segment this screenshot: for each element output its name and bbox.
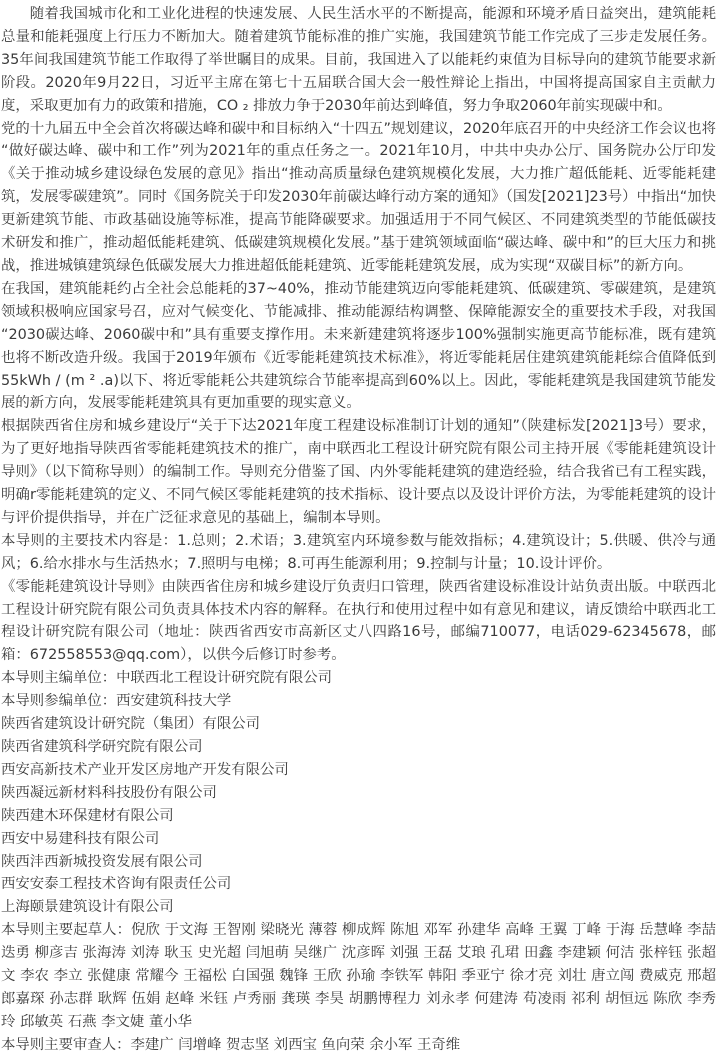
- para-chief-editing-unit: 本导则主编单位：中联西北工程设计研究院有限公司: [1, 667, 716, 690]
- document-page: 随着我国城市化和工业化进程的快速发展、人民生活水平的不断提高，能源和环境矛盾日益…: [0, 0, 718, 1056]
- para-participating-unit: 陕西建木环保建材有限公司: [1, 805, 716, 828]
- para-participating-units-header: 本导则参编单位：西安建筑科技大学: [1, 690, 716, 713]
- para-participating-unit: 西安高新技术产业开发区房地产开发有限公司: [1, 759, 716, 782]
- para-participating-unit: 陕西省建筑设计研究院（集团）有限公司: [1, 713, 716, 736]
- para-guideline-background: 根据陕西省住房和城乡建设厅“关于下达2021年度工程建设标准制订计划的通知”（陕…: [1, 415, 716, 530]
- para-participating-unit: 陕西沣西新城投资发展有限公司: [1, 851, 716, 874]
- para-participating-unit: 陕西凝远新材料科技股份有限公司: [1, 782, 716, 805]
- para-management-contact: 《零能耗建筑设计导则》由陕西省住房和城乡建设厅负责归口管理，陕西省建设标准设计站…: [1, 576, 716, 668]
- para-participating-unit: 陕西省建筑科学研究院有限公司: [1, 736, 716, 759]
- para-carbon-policy: 党的十九届五中全会首次将碳达峰和碳中和目标纳入“十四五”规划建议，2020年底召…: [1, 118, 716, 278]
- para-participating-unit: 西安中易建科技有限公司: [1, 828, 716, 851]
- para-participating-unit: 西安安泰工程技术咨询有限责任公司: [1, 873, 716, 896]
- para-reviewers: 本导则主要审查人：李建广 闫增峰 贺志坚 刘西宝 鱼向荣 余小军 王奇维: [1, 1034, 716, 1056]
- para-participating-unit: 上海颐景建筑设计有限公司: [1, 896, 716, 919]
- para-technical-contents: 本导则的主要技术内容是：1.总则；2.术语；3.建筑室内环境参数与能效指标；4.…: [1, 530, 716, 576]
- para-drafters: 本导则主要起草人：倪欣 于文海 王智刚 梁晓光 薄蓉 柳成辉 陈旭 邓军 孙建华…: [1, 919, 716, 1034]
- para-introduction: 随着我国城市化和工业化进程的快速发展、人民生活水平的不断提高，能源和环境矛盾日益…: [1, 3, 716, 118]
- para-building-energy: 在我国，建筑能耗约占全社会总能耗的37~40%，推动节能建筑迈向零能耗建筑、低碳…: [1, 278, 716, 415]
